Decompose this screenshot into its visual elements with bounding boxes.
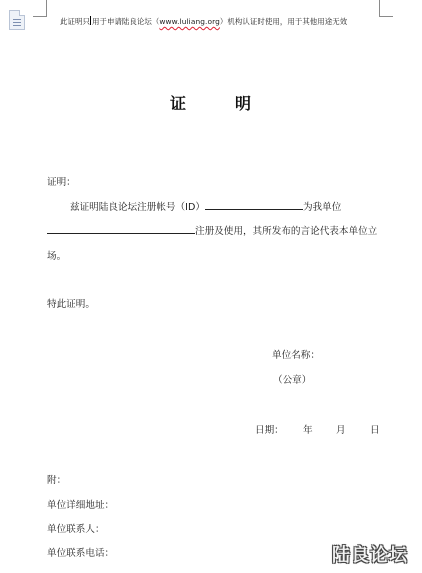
- phone-label: 单位联系电话：: [47, 545, 114, 559]
- header-text-part: 用于申请陆良论坛（: [92, 17, 159, 26]
- header-url: www.luliang.org: [159, 17, 220, 26]
- contact-label: 单位联系人：: [47, 521, 105, 535]
- body-text: 为我单位: [303, 202, 341, 213]
- month-label: 月: [336, 422, 346, 436]
- day-label: 日: [370, 422, 380, 436]
- header-text-part: ）机构认证时使用，用于其他用途无效: [220, 17, 347, 26]
- address-label: 单位详细地址：: [47, 497, 114, 511]
- body-text: 兹证明陆良论坛注册帐号（ID）: [70, 202, 205, 213]
- body-text: 注册及使用，其所发布的言论代表本单位立: [195, 226, 377, 237]
- unit-name-label: 单位名称：: [272, 347, 320, 361]
- year-label: 年: [303, 422, 313, 436]
- id-blank-field[interactable]: [205, 201, 303, 210]
- body-line-2: 注册及使用，其所发布的言论代表本单位立: [47, 223, 377, 237]
- appendix-label: 附：: [47, 472, 66, 486]
- margin-corner-left: [33, 0, 47, 17]
- date-label: 日期：: [255, 422, 284, 436]
- watermark-logo: 陆良论坛: [332, 541, 408, 567]
- closing-text: 特此证明。: [47, 296, 95, 310]
- body-line-3: 场。: [47, 248, 66, 262]
- header-text-part: 此证明只: [60, 17, 90, 26]
- seal-label: （公章）: [273, 372, 311, 386]
- body-line-1: 兹证明陆良论坛注册帐号（ID）为我单位: [70, 199, 341, 213]
- header-note: 此证明只用于申请陆良论坛（www.luliang.org）机构认证时使用，用于其…: [60, 16, 347, 27]
- document-icon: [9, 10, 25, 30]
- salutation: 证明：: [47, 174, 76, 188]
- unit-blank-field[interactable]: [47, 225, 195, 234]
- title-char-2: 明: [235, 91, 251, 114]
- title-char-1: 证: [170, 91, 186, 114]
- margin-corner-right: [379, 0, 393, 17]
